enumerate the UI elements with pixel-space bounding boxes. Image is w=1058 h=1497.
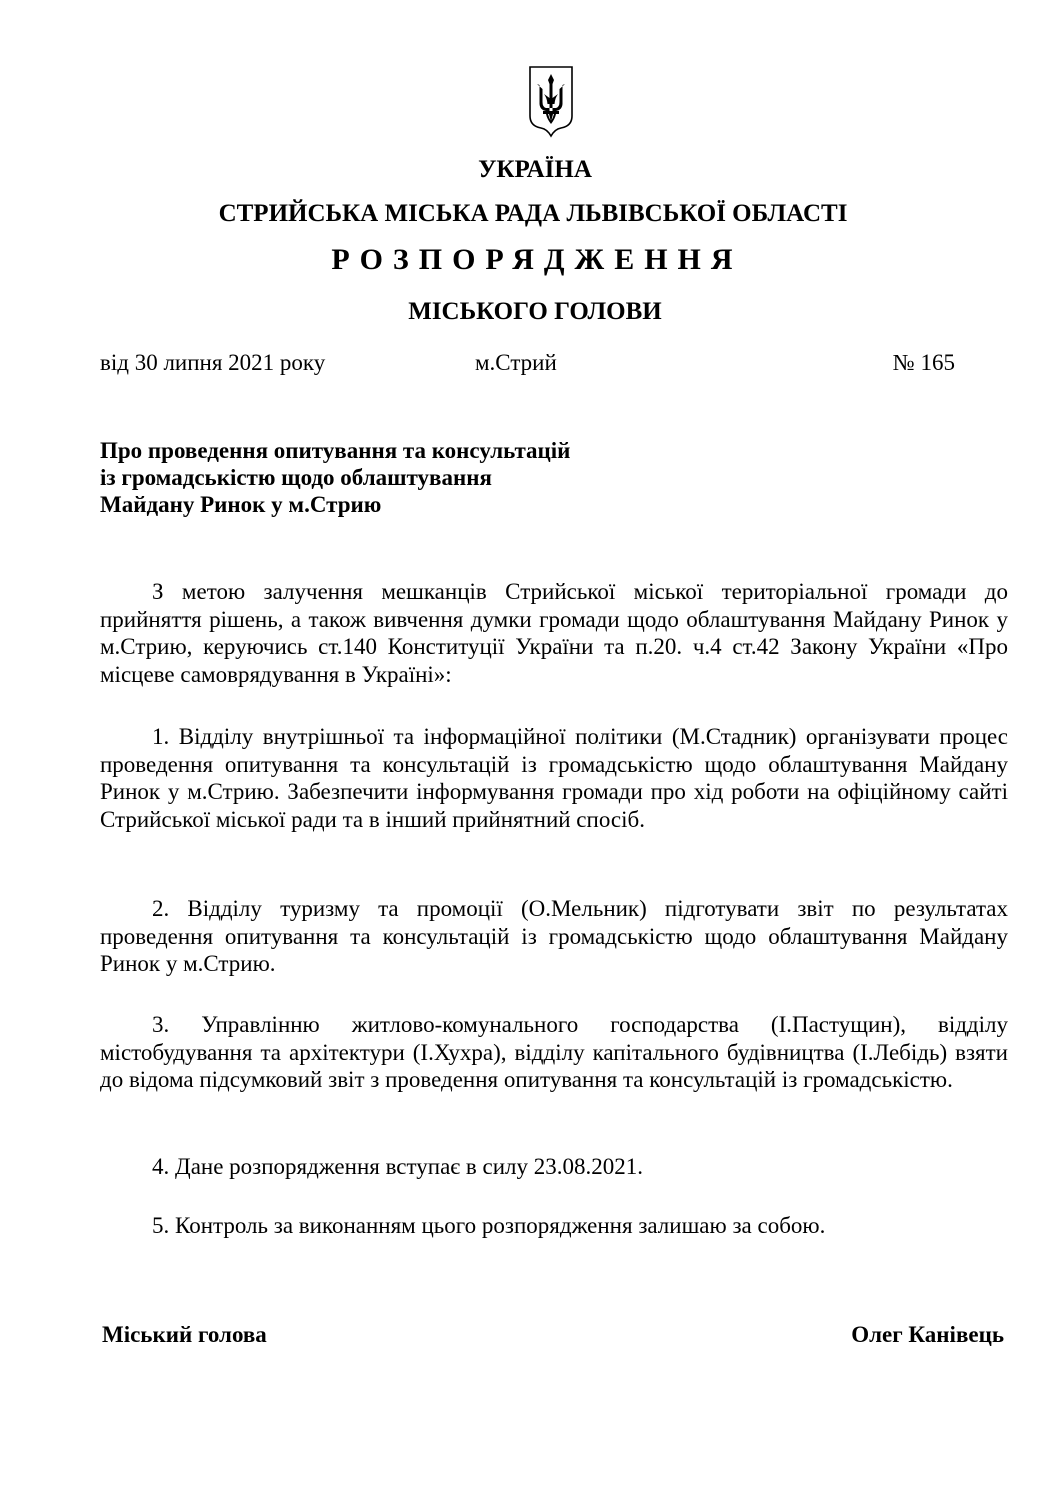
order-item-text: 3. Управлінню житлово-комунального госпо… — [100, 1011, 1008, 1094]
document-number: № 165 — [893, 350, 955, 376]
intro-text: З метою залучення мешканців Стрийської м… — [100, 578, 1008, 688]
subject-line: із громадськістю щодо облаштування — [100, 464, 660, 491]
order-item-3: 3. Управлінню житлово-комунального госпо… — [100, 1011, 1008, 1094]
header-council: СТРИЙСЬКА МІСЬКА РАДА ЛЬВІВСЬКОЇ ОБЛАСТІ — [4, 200, 1058, 228]
order-item-4: 4. Дане розпорядження вступає в силу 23.… — [100, 1153, 1008, 1181]
order-item-5: 5. Контроль за виконанням цього розпоряд… — [100, 1212, 1008, 1240]
order-item-2: 2. Відділу туризму та промоції (О.Мельни… — [100, 895, 1008, 978]
signature-block: Міський голова Олег Канівець — [100, 1322, 1004, 1352]
order-item-text: 1. Відділу внутрішньої та інформаційної … — [100, 723, 1008, 833]
document-page: УКРАЇНА СТРИЙСЬКА МІСЬКА РАДА ЛЬВІВСЬКОЇ… — [0, 0, 1058, 1497]
document-city: м.Стрий — [475, 350, 557, 376]
order-item-text: 2. Відділу туризму та промоції (О.Мельни… — [100, 895, 1008, 978]
order-item-1: 1. Відділу внутрішньої та інформаційної … — [100, 723, 1008, 833]
document-subject: Про проведення опитування та консультаці… — [100, 437, 660, 518]
document-date: від 30 липня 2021 року — [100, 350, 325, 376]
header-country: УКРАЇНА — [6, 156, 1058, 184]
signatory-title: Міський голова — [102, 1322, 267, 1348]
header-issuer: МІСЬКОГО ГОЛОВИ — [6, 298, 1058, 326]
subject-line: Майдану Ринок у м.Стрию — [100, 491, 660, 518]
order-item-text: 5. Контроль за виконанням цього розпоряд… — [100, 1212, 1008, 1240]
header-document-type: РОЗПОРЯДЖЕННЯ — [8, 243, 1058, 277]
subject-line: Про проведення опитування та консультаці… — [100, 437, 660, 464]
signatory-name: Олег Канівець — [851, 1322, 1004, 1348]
ukraine-trident-coat-of-arms-icon — [527, 64, 575, 138]
intro-paragraph: З метою залучення мешканців Стрийської м… — [100, 578, 1008, 688]
order-item-text: 4. Дане розпорядження вступає в силу 23.… — [100, 1153, 1008, 1181]
document-meta: від 30 липня 2021 року м.Стрий № 165 — [100, 350, 955, 380]
